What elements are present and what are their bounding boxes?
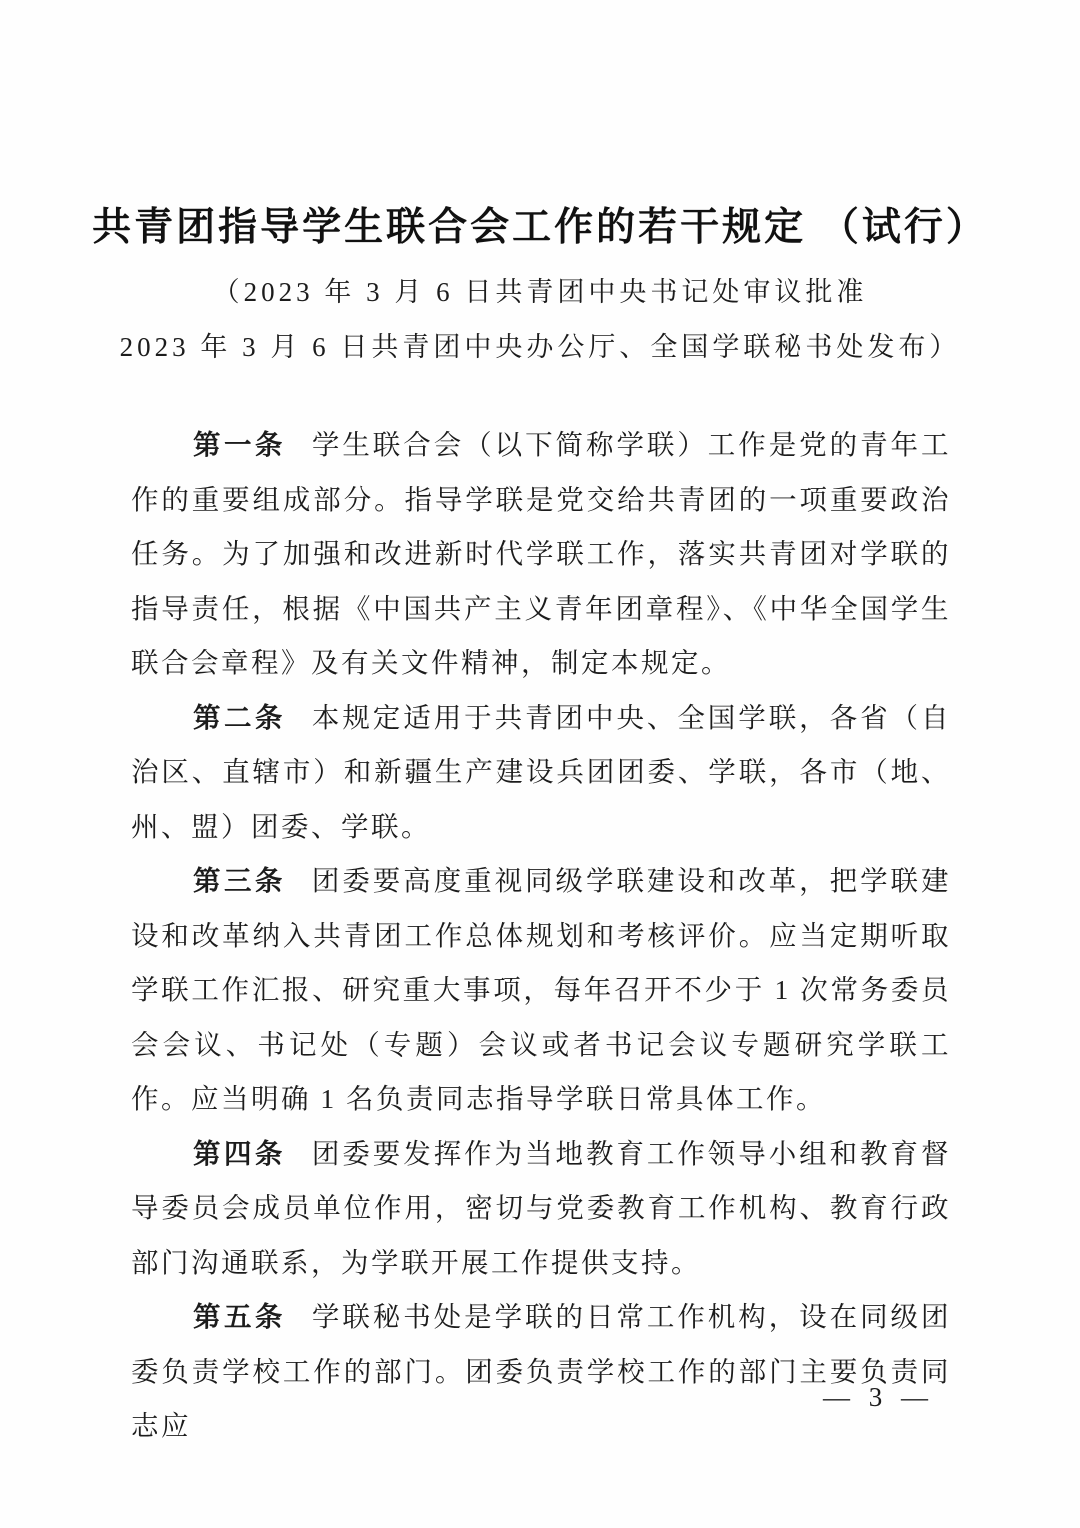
article-2-label: 第二条 — [193, 702, 286, 733]
article-5-label: 第五条 — [193, 1301, 286, 1332]
document-title: 共青团指导学生联合会工作的若干规定 （试行） — [60, 196, 1020, 252]
article-paragraph-5: 第五条学联秘书处是学联的日常工作机构，设在同级团委负责学校工作的部门。团委负责学… — [131, 1290, 951, 1454]
document-page: 共青团指导学生联合会工作的若干规定 （试行） （2023 年 3 月 6 日共青… — [0, 0, 1080, 1528]
article-paragraph-3: 第三条团委要高度重视同级学联建设和改革，把学联建设和改革纳入共青团工作总体规划和… — [131, 854, 951, 1127]
article-3-text: 团委要高度重视同级学联建设和改革，把学联建设和改革纳入共青团工作总体规划和考核评… — [131, 865, 951, 1114]
article-3-label: 第三条 — [193, 865, 286, 896]
article-4-label: 第四条 — [193, 1138, 286, 1169]
article-1-label: 第一条 — [193, 429, 286, 460]
approval-subtitle-line: （2023 年 3 月 6 日共青团中央书记处审议批准 — [60, 270, 1020, 309]
article-paragraph-1: 第一条学生联合会（以下简称学联）工作是党的青年工作的重要组成部分。指导学联是党交… — [131, 418, 951, 691]
publication-subtitle-line: 2023 年 3 月 6 日共青团中央办公厅、全国学联秘书处发布） — [60, 325, 1020, 364]
document-body: 第一条学生联合会（以下简称学联）工作是党的青年工作的重要组成部分。指导学联是党交… — [131, 418, 951, 1454]
page-number: — 3 — — [823, 1382, 934, 1413]
article-paragraph-4: 第四条团委要发挥作为当地教育工作领导小组和教育督导委员会成员单位作用，密切与党委… — [131, 1127, 951, 1291]
article-paragraph-2: 第二条本规定适用于共青团中央、全国学联，各省（自治区、直辖市）和新疆生产建设兵团… — [131, 691, 951, 855]
article-1-text: 学生联合会（以下简称学联）工作是党的青年工作的重要组成部分。指导学联是党交给共青… — [131, 429, 951, 678]
